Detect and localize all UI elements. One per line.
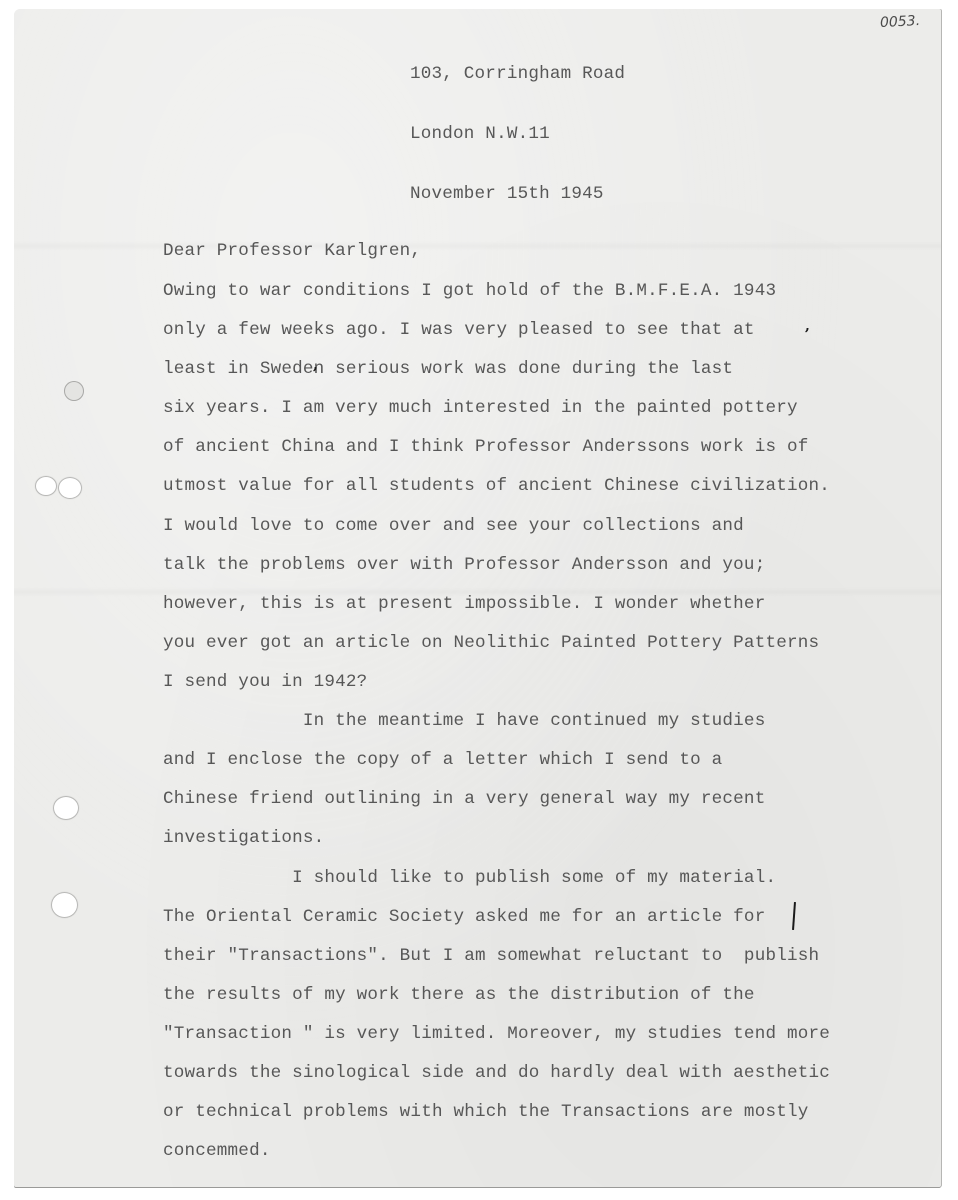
body-line: Owing to war conditions I got hold of th… — [163, 281, 776, 301]
body-line: talk the problems over with Professor An… — [163, 555, 765, 575]
body-line: I send you in 1942? — [163, 672, 367, 692]
body-line: I would love to come over and see your c… — [163, 516, 744, 536]
body-line: and I enclose the copy of a letter which… — [163, 750, 722, 770]
sender-address: 103, Corringham Road London N.W.11 Novem… — [410, 24, 625, 224]
body-line: least in Sweden serious work was done du… — [163, 359, 733, 379]
body-line: only a few weeks ago. I was very pleased… — [163, 320, 755, 340]
salutation: Dear Professor Karlgren, — [163, 241, 421, 261]
handwritten-comma-mark: , — [805, 318, 810, 334]
letter-date: November 15th 1945 — [410, 184, 625, 204]
body-line: or technical problems with which the Tra… — [163, 1102, 808, 1122]
handwritten-comma-mark: , — [313, 357, 318, 373]
address-street: 103, Corringham Road — [410, 64, 625, 84]
punch-hole — [64, 381, 84, 401]
body-line: Chinese friend outlining in a very gener… — [163, 789, 765, 809]
body-line: however, this is at present impossible. … — [163, 594, 765, 614]
body-line: towards the sinological side and do hard… — [163, 1063, 830, 1083]
body-line: their "Transactions". But I am somewhat … — [163, 946, 819, 966]
punch-hole — [53, 796, 79, 820]
body-line: six years. I am very much interested in … — [163, 398, 798, 418]
body-line: In the meantime I have continued my stud… — [163, 711, 765, 731]
body-line: The Oriental Ceramic Society asked me fo… — [163, 907, 765, 927]
body-line: of ancient China and I think Professor A… — [163, 437, 808, 457]
punch-hole — [58, 477, 82, 499]
body-line: you ever got an article on Neolithic Pai… — [163, 633, 819, 653]
punch-hole — [35, 476, 57, 496]
archive-number: 0053. — [880, 13, 921, 31]
punch-hole — [51, 892, 78, 918]
address-city: London N.W.11 — [410, 124, 625, 144]
paper-fold — [14, 241, 941, 251]
body-line: I should like to publish some of my mate… — [163, 868, 776, 888]
body-line: utmost value for all students of ancient… — [163, 476, 830, 496]
body-line: "Transaction " is very limited. Moreover… — [163, 1024, 830, 1044]
body-line: concemmed. — [163, 1141, 271, 1161]
body-line: the results of my work there as the dist… — [163, 985, 755, 1005]
body-line: investigations. — [163, 828, 324, 848]
